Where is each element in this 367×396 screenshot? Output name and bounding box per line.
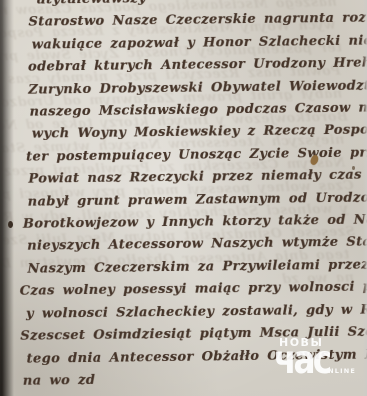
manuscript-page-photo: utytulewawszyStarostwo Nasze Czeczerskie…: [0, 0, 367, 396]
ink-speck: [8, 221, 13, 228]
page-right-edge: [363, 0, 367, 396]
manuscript-line: tego dnia Antecessor Obżałło Oczewistym …: [10, 344, 367, 371]
book-gutter-shadow: [0, 0, 14, 396]
ink-speck: [352, 166, 355, 170]
manuscript-text-block: utytulewawszyStarostwo Nasze Czeczerskie…: [0, 0, 367, 393]
manuscript-line: na wo zd: [7, 366, 367, 393]
